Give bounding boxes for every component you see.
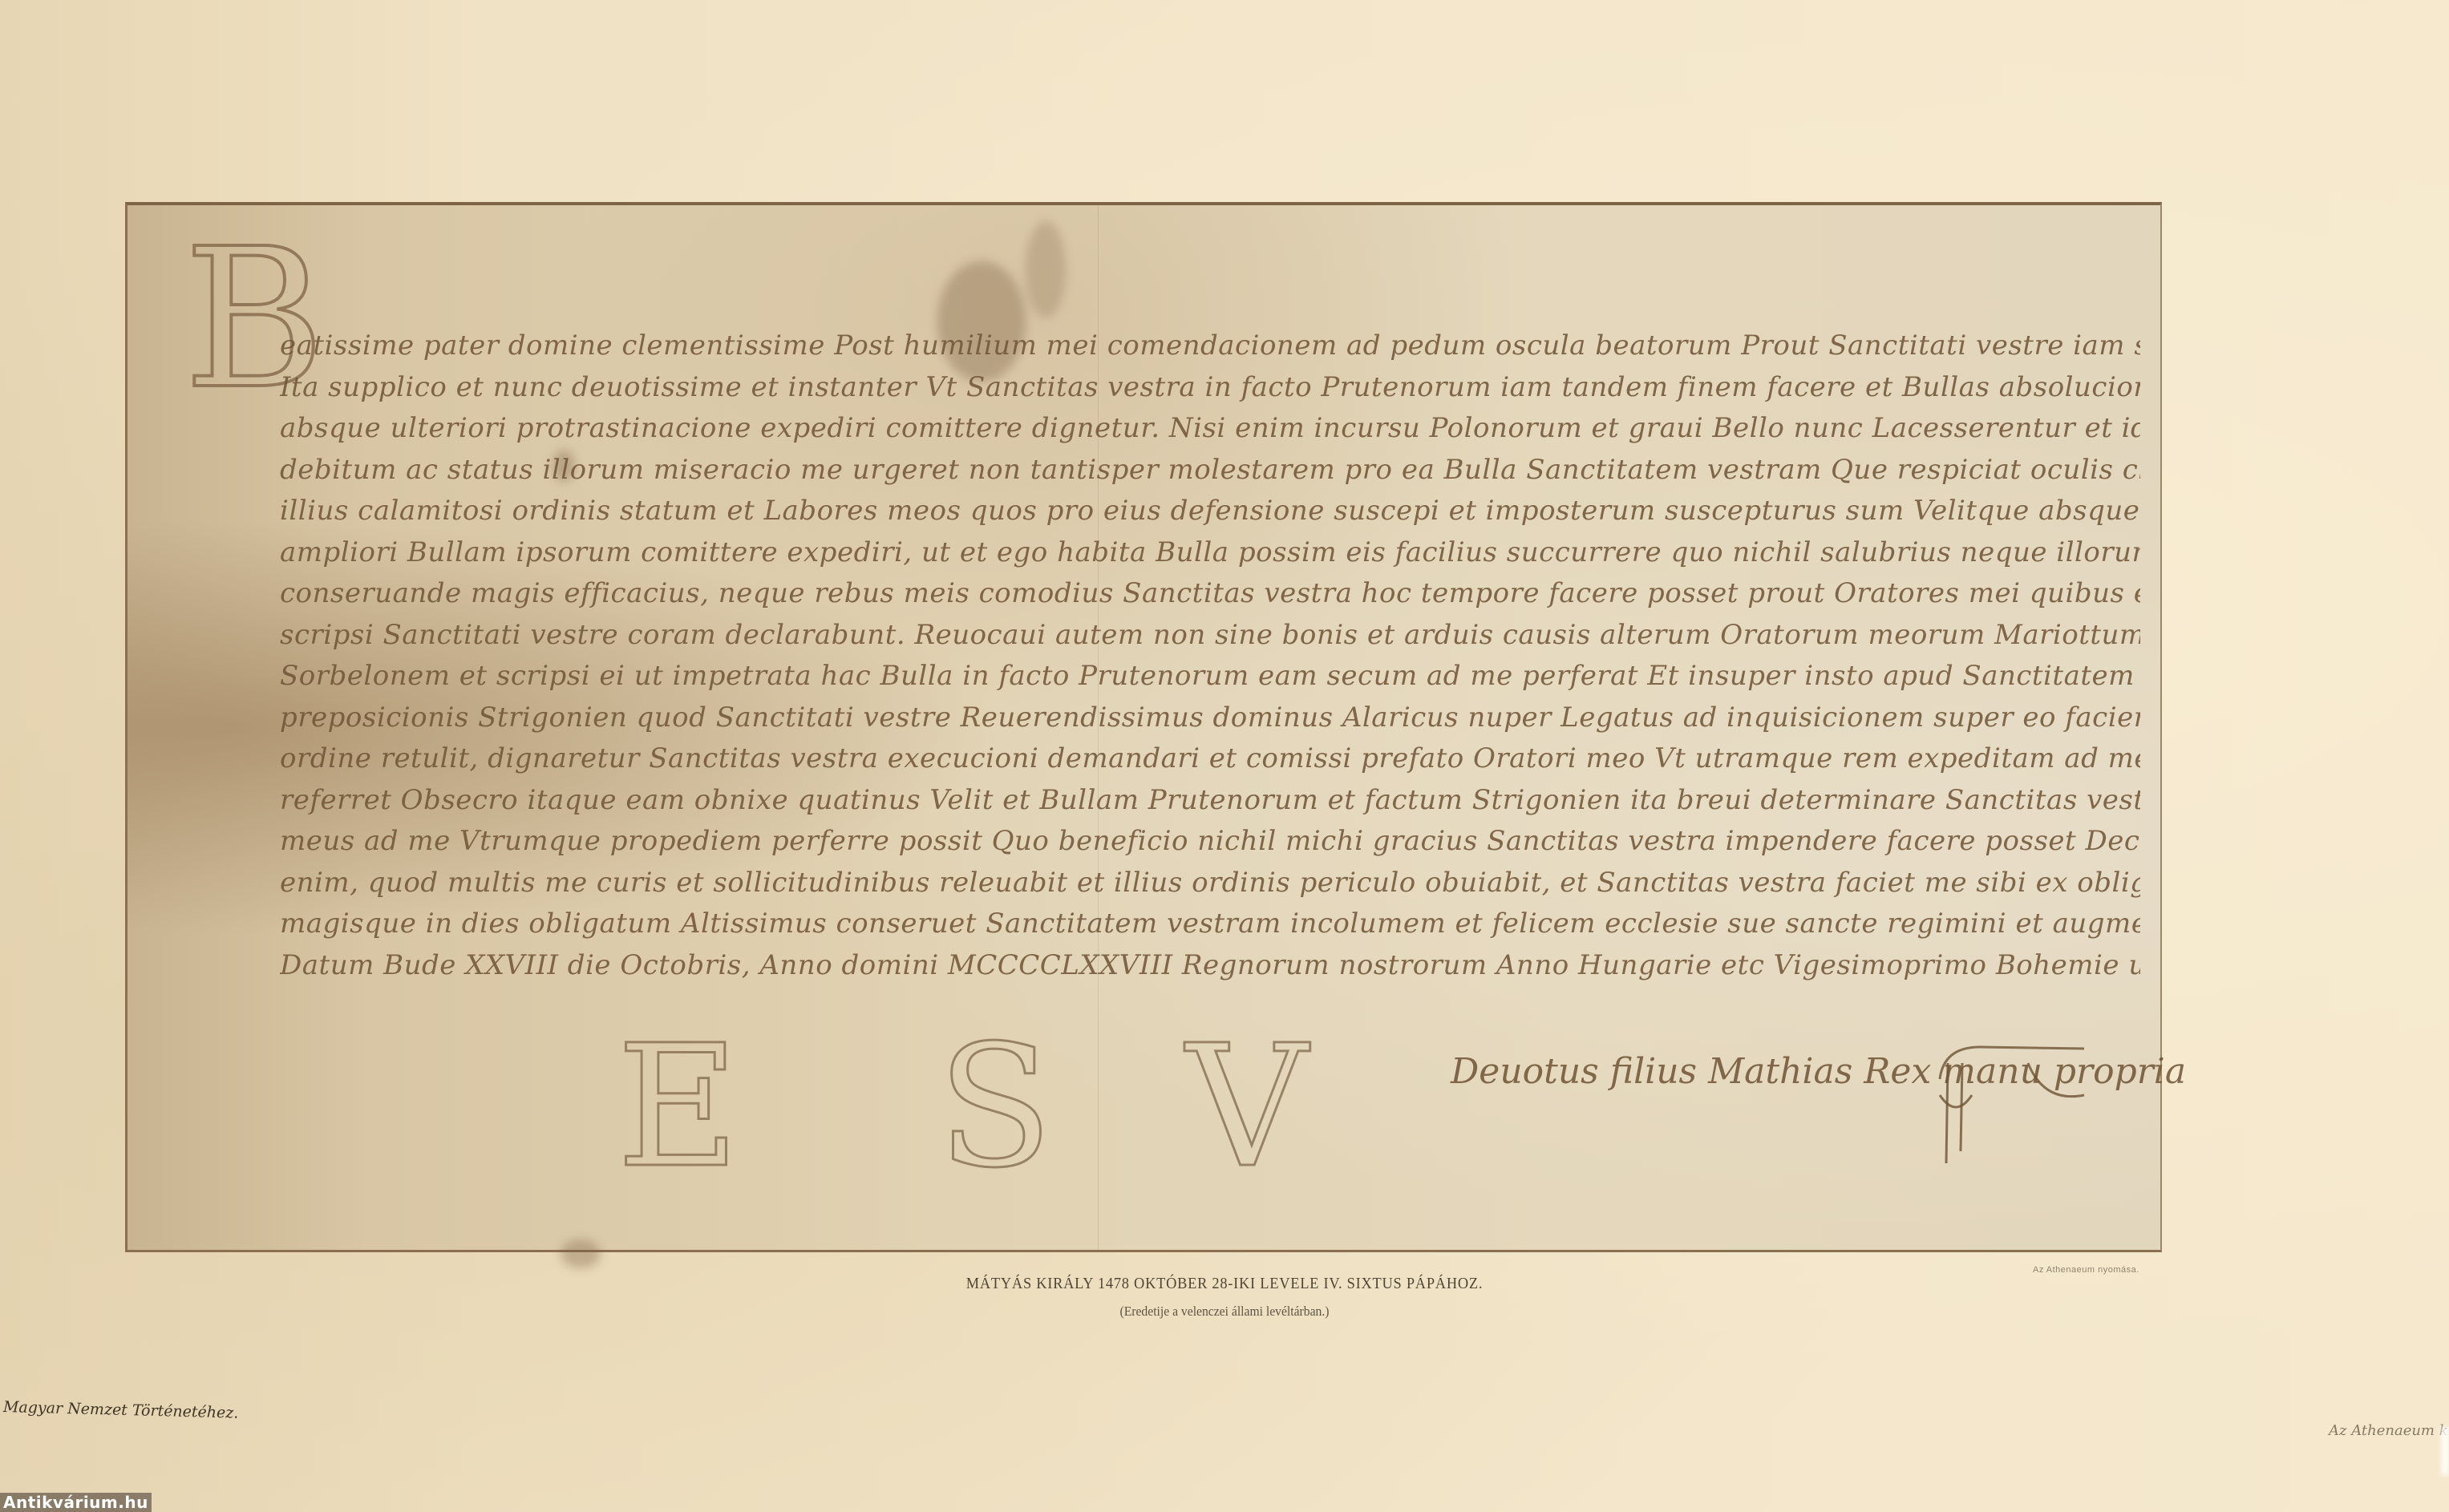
manuscript-text: eatissime pater domine clementissime Pos… [280,325,2140,986]
manuscript-line: illius calamitosi ordinis statum et Labo… [280,491,2140,532]
manuscript-plate: B eatissime pater domine clementissime P… [125,202,2162,1252]
manuscript-line: scripsi Sanctitati vestre coram declarab… [280,615,2140,657]
manuscript-line: meus ad me Vtrumque propediem perferre p… [280,821,2140,863]
manuscript-line: conseruande magis efficacius, neque rebu… [280,573,2140,615]
monogram-letter-v: V [1186,1023,1308,1191]
manuscript-line: debitum ac status illorum miseracio me u… [280,450,2140,491]
manuscript-line: ordine retulit, dignaretur Sanctitas ves… [280,738,2140,780]
signature-flourish-icon [1924,1031,2092,1167]
manuscript-line: preposicionis Strigonien quod Sanctitati… [280,697,2140,739]
manuscript-line: ampliori Bullam ipsorum comittere expedi… [280,532,2140,574]
manuscript-line: Datum Bude XXVIII die Octobris, Anno dom… [280,945,2140,987]
page-edge-glare [2441,1427,2449,1475]
manuscript-line: enim, quod multis me curis et sollicitud… [280,863,2140,904]
ink-blot [561,1239,601,1268]
plate-caption-title: MÁTYÁS KIRÁLY 1478 OKTÓBER 28-IKI LEVELE… [98,1275,2351,1293]
printer-credit: Az Athenaeum nyomása. [2033,1265,2139,1275]
fingerprint-smudge [1026,221,1066,317]
manuscript-line: Ita supplico et nunc deuotissime et inst… [280,367,2140,409]
manuscript-line: referret Obsecro itaque eam obnixe quati… [280,780,2140,822]
plate-caption-subtitle: (Eredetije a velenczei állami levéltárba… [98,1304,2351,1320]
manuscript-line: Sorbelonem et scripsi ei ut impetrata ha… [280,656,2140,697]
manuscript-line: absque ulteriori protrastinacione expedi… [280,408,2140,450]
footer-publisher: Az Athenaeum k [2329,1422,2448,1439]
monogram-letter-s: S [937,1023,1053,1191]
manuscript-line: eatissime pater domine clementissime Pos… [280,325,2140,367]
watermark-logo: Antikvárium.hu [0,1493,152,1512]
monogram-letter-e: E [617,1023,739,1191]
manuscript-line: magisque in dies obligatum Altissimus co… [280,904,2140,945]
